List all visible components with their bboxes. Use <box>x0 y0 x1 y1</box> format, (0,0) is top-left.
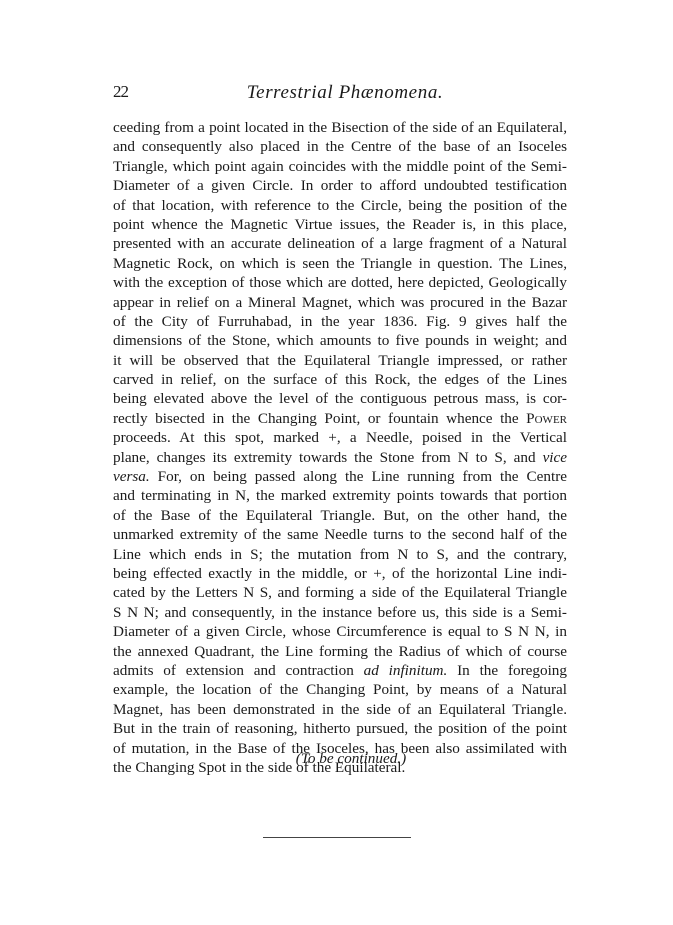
text-line: rectly bisected in the Changing Point, o… <box>113 409 567 428</box>
text-line: example, the location of the Changing Po… <box>113 680 567 699</box>
to-be-continued-note: (To be continued.) <box>113 750 567 768</box>
text-line: being effected exactly in the middle, or… <box>113 564 567 583</box>
power-smallcaps: Power <box>526 410 567 427</box>
running-title: Terrestrial Phænomena. <box>113 82 567 104</box>
section-divider-rule <box>263 837 411 838</box>
italic-ad-infinitum: ad infinitum. <box>364 662 448 679</box>
text-line: Diameter of a given Circle. In order to … <box>113 176 567 195</box>
text-line: S N N; and consequently, in the instance… <box>113 603 567 622</box>
text-line: proceeds. At this spot, marked +, a Need… <box>113 428 567 447</box>
body-text: ceeding from a point located in the Bise… <box>113 118 567 777</box>
text-line: of the City of Furruhabad, in the year 1… <box>113 312 567 331</box>
text-segment: admits of extension and contraction <box>113 662 364 679</box>
text-line: it will be observed that the Equilateral… <box>113 351 567 370</box>
text-segment: rectly bisected in the Changing Point, o… <box>113 410 519 427</box>
text-line: dimensions of the Stone, which amounts t… <box>113 331 567 350</box>
text-line: presented with an accurate delineation o… <box>113 234 567 253</box>
italic-versa: versa. <box>113 468 150 485</box>
text-line: and consequently also placed in the Cent… <box>113 137 567 156</box>
text-line: the annexed Quadrant, the Line forming t… <box>113 642 567 661</box>
text-segment: plane, changes its extremity towards the… <box>113 449 536 466</box>
text-line: cated by the Letters N S, and forming a … <box>113 583 567 602</box>
text-line: carved in relief, on the surface of this… <box>113 370 567 389</box>
text-line: of the Base of the Equilateral Triangle.… <box>113 506 567 525</box>
book-page: 22 Terrestrial Phænomena. ceeding from a… <box>0 0 673 925</box>
text-line: of that location, with reference to the … <box>113 196 567 215</box>
text-line: Magnet, has been demonstrated in the sid… <box>113 700 567 719</box>
text-line: plane, changes its extremity towards the… <box>113 448 567 467</box>
text-line: versa. For, on being passed along the Li… <box>113 467 567 486</box>
italic-vice: vice <box>543 449 567 466</box>
text-line: with the exception of those which are do… <box>113 273 567 292</box>
text-line: point whence the Magnetic Virtue issues,… <box>113 215 567 234</box>
text-line: Triangle, which point again coincides wi… <box>113 157 567 176</box>
text-line: ceeding from a point located in the Bise… <box>113 118 567 137</box>
running-head: 22 Terrestrial Phænomena. <box>113 82 567 106</box>
text-line: Magnetic Rock, on which is seen the Tria… <box>113 254 567 273</box>
text-line: being elevated above the level of the co… <box>113 389 567 408</box>
text-segment: In the foregoing <box>447 662 567 679</box>
text-segment: For, on being passed along the Line runn… <box>150 468 567 485</box>
text-line: unmarked extremity of the same Needle tu… <box>113 525 567 544</box>
text-line: and terminating in N, the marked extremi… <box>113 486 567 505</box>
text-line: Line which ends in S; the mutation from … <box>113 545 567 564</box>
text-line: Diameter of a given Circle, whose Circum… <box>113 622 567 641</box>
text-line: But in the train of reasoning, hitherto … <box>113 719 567 738</box>
text-line: appear in relief on a Mineral Magnet, wh… <box>113 293 567 312</box>
text-line: admits of extension and contraction ad i… <box>113 661 567 680</box>
